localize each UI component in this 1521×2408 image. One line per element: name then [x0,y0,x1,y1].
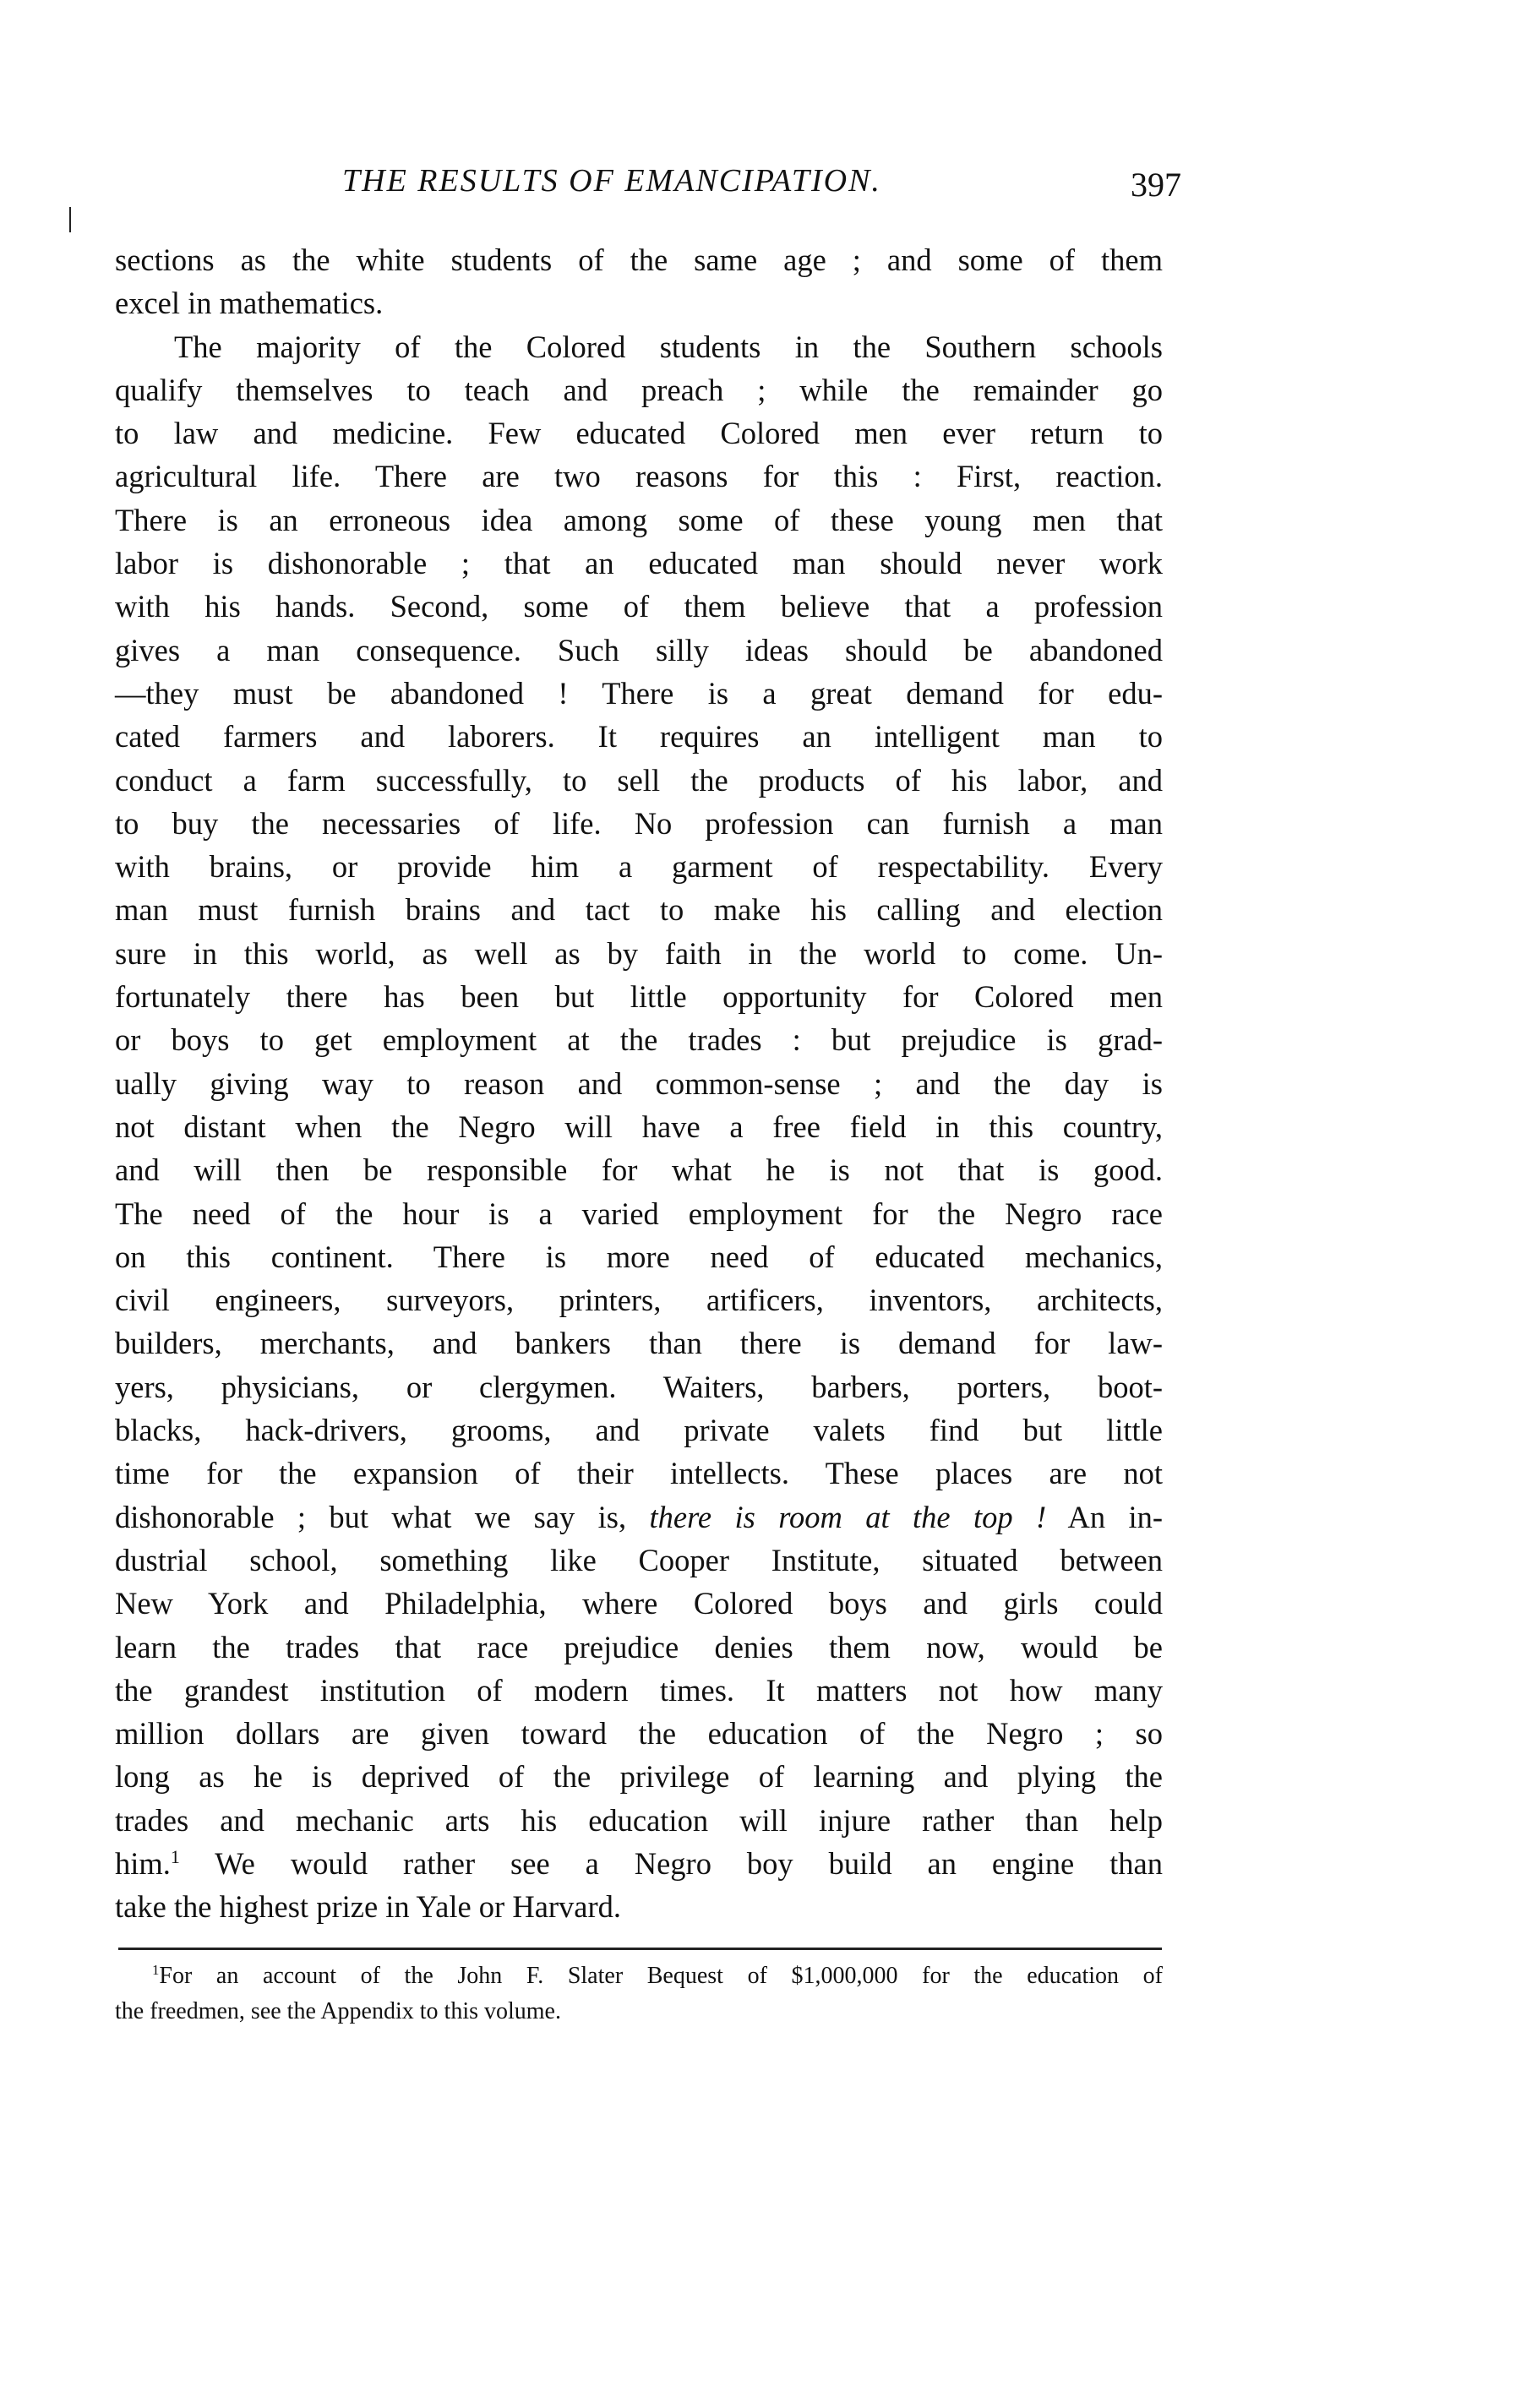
text-fragment: him. [115,1846,171,1881]
page-number: 397 [1131,165,1181,204]
text-line-with-emphasis: dishonorable ; but what we say is, there… [115,1495,1163,1539]
text-line: labor is dishonorable ; that an educated… [115,542,1163,585]
footnote-line: the freedmen, see the Appendix to this v… [115,1994,1163,2029]
text-line: ually giving way to reason and common-se… [115,1062,1163,1105]
text-line: —they must be abandoned ! There is a gre… [115,672,1163,715]
text-line: on this continent. There is more need of… [115,1235,1163,1278]
text-line: with brains, or provide him a garment of… [115,845,1163,888]
text-line: million dollars are given toward the edu… [115,1712,1163,1755]
running-title: THE RESULTS OF EMANCIPATION. [342,162,881,199]
text-fragment: An in- [1046,1500,1163,1534]
text-line: not distant when the Negro will have a f… [115,1105,1163,1148]
text-line: the grandest institution of modern times… [115,1669,1163,1712]
text-line: builders, merchants, and bankers than th… [115,1321,1163,1365]
text-line: gives a man consequence. Such silly idea… [115,629,1163,672]
text-line: long as he is deprived of the privilege … [115,1755,1163,1798]
text-fragment: We would rather see a Negro boy build an… [180,1846,1163,1881]
text-line: and will then be responsible for what he… [115,1148,1163,1191]
text-line: to buy the necessaries of life. No profe… [115,802,1163,845]
text-line: agricultural life. There are two reasons… [115,455,1163,498]
text-line: fortunately there has been but little op… [115,975,1163,1018]
body-text: sections as the white students of the sa… [115,238,1163,1929]
text-line: with his hands. Second, some of them bel… [115,585,1163,628]
footnote-line: 1For an account of the John F. Slater Be… [115,1959,1163,1994]
text-line: yers, physicians, or clergymen. Waiters,… [115,1365,1163,1408]
text-fragment: dishonorable ; but what we say is, [115,1500,649,1534]
text-line: cated farmers and laborers. It requires … [115,715,1163,758]
text-line: New York and Philadelphia, where Colored… [115,1582,1163,1625]
text-line: qualify themselves to teach and preach ;… [115,368,1163,411]
text-line: sure in this world, as well as by faith … [115,932,1163,975]
text-line: sections as the white students of the sa… [115,238,1163,281]
text-line: trades and mechanic arts his education w… [115,1799,1163,1842]
text-line: The need of the hour is a varied employm… [115,1192,1163,1235]
footnote-divider [118,1948,1162,1950]
margin-mark [69,207,71,232]
text-line: conduct a farm successfully, to sell the… [115,759,1163,802]
text-line: time for the expansion of their intellec… [115,1452,1163,1495]
text-line: or boys to get employment at the trades … [115,1018,1163,1061]
footnote-text: For an account of the John F. Slater Beq… [159,1963,1163,1989]
footnote-reference[interactable]: 1 [171,1846,180,1867]
text-line: blacks, hack-drivers, grooms, and privat… [115,1408,1163,1452]
text-line: excel in mathematics. [115,281,1163,324]
italic-emphasis: there is room at the top ! [649,1500,1046,1534]
text-line: civil engineers, surveyors, printers, ar… [115,1278,1163,1321]
text-line: take the highest prize in Yale or Harvar… [115,1885,1163,1928]
text-line: learn the trades that race prejudice den… [115,1626,1163,1669]
book-page: THE RESULTS OF EMANCIPATION. 397 section… [0,0,1521,2408]
text-line: to law and medicine. Few educated Colore… [115,411,1163,455]
text-line: man must furnish brains and tact to make… [115,888,1163,931]
paragraph-start-line: The majority of the Colored students in … [115,325,1163,368]
text-line: dustrial school, something like Cooper I… [115,1539,1163,1582]
text-line: There is an erroneous idea among some of… [115,498,1163,542]
text-line-with-footnote-ref: him.1 We would rather see a Negro boy bu… [115,1842,1163,1885]
footnote: 1For an account of the John F. Slater Be… [115,1959,1163,2029]
